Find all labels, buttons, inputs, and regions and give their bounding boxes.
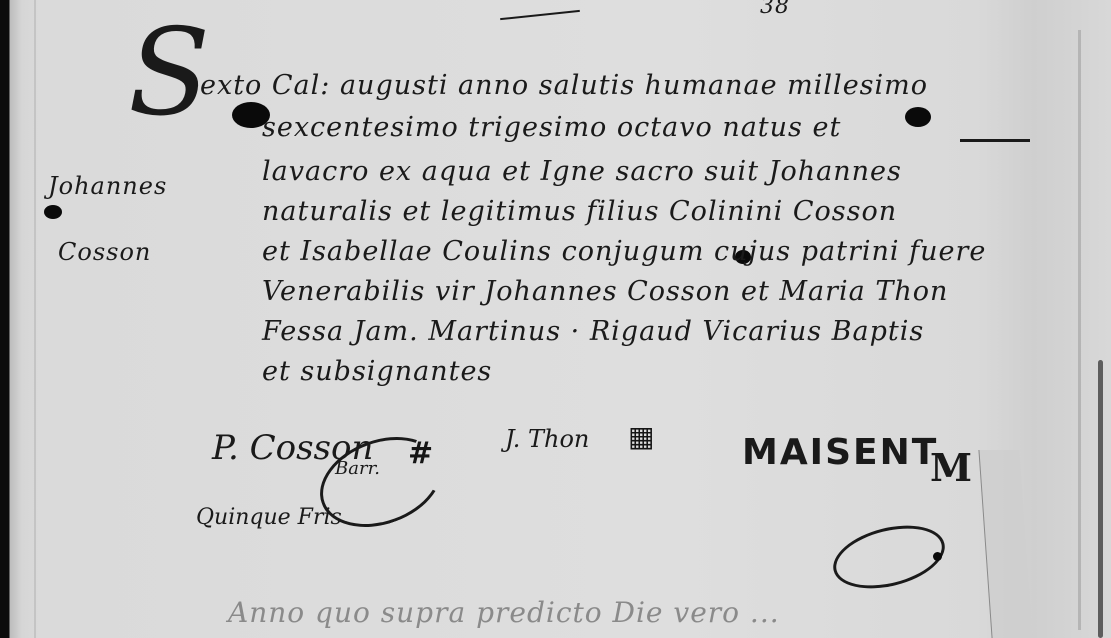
body-line-5: et Isabellae Coulins conjugum cujus patr… <box>262 236 986 267</box>
margin-name-given: Johannes <box>48 172 167 200</box>
ink-dot <box>933 552 942 561</box>
margin-rule <box>34 0 36 638</box>
signature-maisent: MAISENT <box>742 432 938 473</box>
paper-fold <box>978 450 1032 638</box>
page-edge <box>1078 30 1081 630</box>
line-fill-dash <box>960 139 1030 142</box>
signature-monogram: M <box>930 445 972 490</box>
ink-blot <box>44 205 62 219</box>
body-line-2: sexcentesimo trigesimo octavo natus et <box>262 112 841 143</box>
signature-thon: J. Thon <box>505 425 589 453</box>
body-line-3: lavacro ex aqua et Igne sacro suit Johan… <box>262 156 902 187</box>
decorated-initial: S <box>128 14 210 134</box>
signature-quinque: Quinque Fris <box>196 505 342 530</box>
margin-name-surname: Cosson <box>58 238 151 266</box>
body-line-4: naturalis et legitimus filius Colinini C… <box>262 196 897 227</box>
binding-edge <box>1098 360 1103 638</box>
hash-mark: # <box>408 436 433 471</box>
body-line-8: et subsignantes <box>262 356 492 387</box>
ink-blot <box>905 107 931 127</box>
signature-seal-mark: ▦ <box>628 420 652 453</box>
document-page: 38 S Johannes Cosson exto Cal: augusti a… <box>0 0 1111 638</box>
next-entry-partial-line: Anno quo supra predicto Die vero ... <box>228 596 780 629</box>
top-flourish <box>500 10 580 20</box>
body-line-6: Venerabilis vir Johannes Cosson et Maria… <box>262 276 948 307</box>
body-line-7: Fessa Jam. Martinus · Rigaud Vicarius Ba… <box>262 316 924 347</box>
body-line-1: exto Cal: augusti anno salutis humanae m… <box>200 70 928 101</box>
page-number: 38 <box>760 0 790 19</box>
